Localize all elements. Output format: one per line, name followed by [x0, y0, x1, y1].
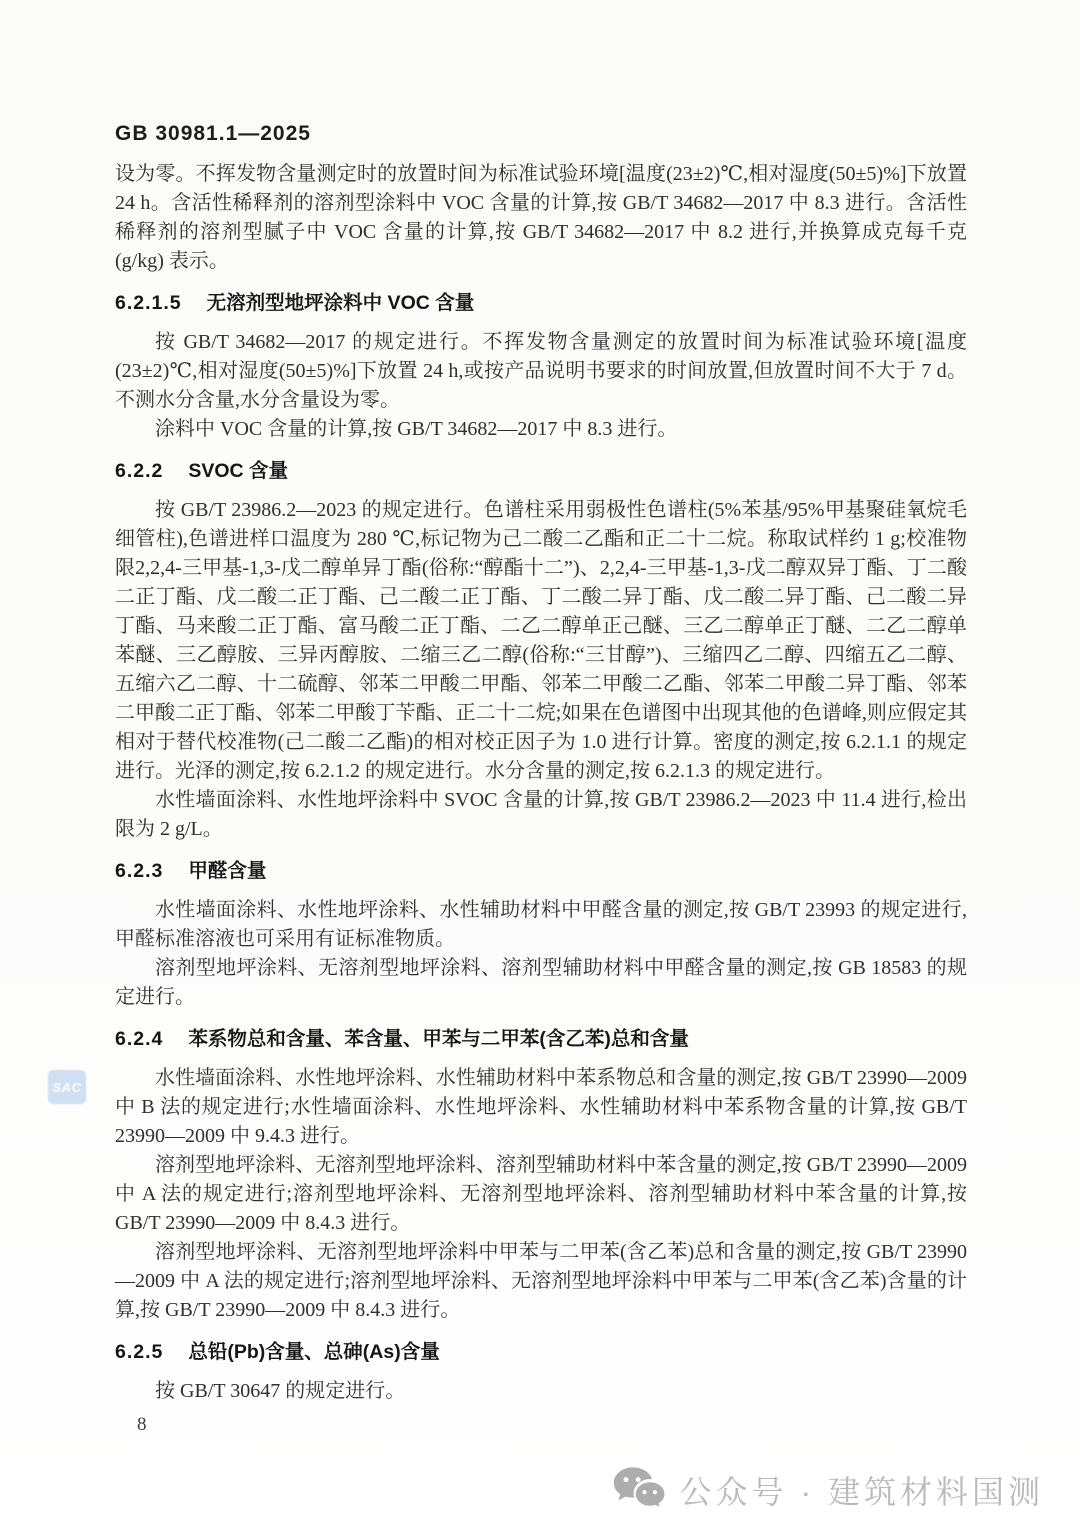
paragraph: 涂料中 VOC 含量的计算,按 GB/T 34682—2017 中 8.3 进行… [115, 415, 967, 444]
paragraph: 水性墙面涂料、水性地坪涂料、水性辅助材料中甲醛含量的测定,按 GB/T 2399… [115, 896, 967, 954]
section-title: SVOC 含量 [188, 460, 288, 482]
section-title: 无溶剂型地坪涂料中 VOC 含量 [207, 292, 475, 314]
paragraph: 按 GB/T 30647 的规定进行。 [115, 1377, 967, 1406]
page-number: 8 [137, 1414, 967, 1436]
standard-number: GB 30981.1—2025 [115, 122, 967, 146]
wechat-icon [612, 1465, 668, 1515]
scanned-page-background: GB 30981.1—2025 设为零。不挥发物含量测定时的放置时间为标准试验环… [0, 0, 1080, 1527]
section-6-2-2: 6.2.2SVOC 含量 按 GB/T 23986.2—2023 的规定进行。色… [115, 458, 967, 844]
section-heading: 6.2.1.5无溶剂型地坪涂料中 VOC 含量 [115, 290, 967, 316]
section-number: 6.2.3 [115, 860, 163, 882]
paragraph: 按 GB/T 34682—2017 的规定进行。不挥发物含量测定的放置时间为标准… [115, 328, 967, 415]
page-content: GB 30981.1—2025 设为零。不挥发物含量测定时的放置时间为标准试验环… [115, 122, 967, 1436]
footer-watermark-text: 公众号 · 建筑材料国测 [680, 1467, 1044, 1513]
section-title: 甲醛含量 [188, 860, 266, 882]
section-number: 6.2.2 [115, 460, 163, 482]
section-6-2-5: 6.2.5总铅(Pb)含量、总砷(As)含量 按 GB/T 30647 的规定进… [115, 1339, 967, 1406]
paragraph: 设为零。不挥发物含量测定时的放置时间为标准试验环境[温度(23±2)℃,相对湿度… [115, 160, 967, 276]
paragraph: 按 GB/T 23986.2—2023 的规定进行。色谱柱采用弱极性色谱柱(5%… [115, 496, 967, 786]
section-heading: 6.2.5总铅(Pb)含量、总砷(As)含量 [115, 1339, 967, 1365]
section-number: 6.2.4 [115, 1028, 163, 1050]
section-number: 6.2.1.5 [115, 292, 182, 314]
paragraph: 溶剂型地坪涂料、无溶剂型地坪涂料、溶剂型辅助材料中甲醛含量的测定,按 GB 18… [115, 954, 967, 1012]
section-title: 苯系物总和含量、苯含量、甲苯与二甲苯(含乙苯)总和含量 [188, 1028, 689, 1050]
paragraph: 溶剂型地坪涂料、无溶剂型地坪涂料中甲苯与二甲苯(含乙苯)总和含量的测定,按 GB… [115, 1238, 967, 1325]
document-page: { "page": { "standard_number": "GB 30981… [0, 0, 1080, 1527]
section-number: 6.2.5 [115, 1341, 163, 1363]
section-6-2-1-5: 6.2.1.5无溶剂型地坪涂料中 VOC 含量 按 GB/T 34682—201… [115, 290, 967, 444]
paragraph: 水性墙面涂料、水性地坪涂料中 SVOC 含量的计算,按 GB/T 23986.2… [115, 786, 967, 844]
section-title: 总铅(Pb)含量、总砷(As)含量 [188, 1341, 439, 1363]
section-heading: 6.2.3甲醛含量 [115, 858, 967, 884]
section-heading: 6.2.4苯系物总和含量、苯含量、甲苯与二甲苯(含乙苯)总和含量 [115, 1026, 967, 1052]
paragraph: 水性墙面涂料、水性地坪涂料、水性辅助材料中苯系物总和含量的测定,按 GB/T 2… [115, 1064, 967, 1151]
sac-watermark: SAC [48, 1070, 86, 1104]
section-heading: 6.2.2SVOC 含量 [115, 458, 967, 484]
wechat-footer-watermark: 公众号 · 建筑材料国测 [0, 1452, 1080, 1527]
section-6-2-4: 6.2.4苯系物总和含量、苯含量、甲苯与二甲苯(含乙苯)总和含量 水性墙面涂料、… [115, 1026, 967, 1325]
section-6-2-3: 6.2.3甲醛含量 水性墙面涂料、水性地坪涂料、水性辅助材料中甲醛含量的测定,按… [115, 858, 967, 1012]
paragraph: 溶剂型地坪涂料、无溶剂型地坪涂料、溶剂型辅助材料中苯含量的测定,按 GB/T 2… [115, 1151, 967, 1238]
